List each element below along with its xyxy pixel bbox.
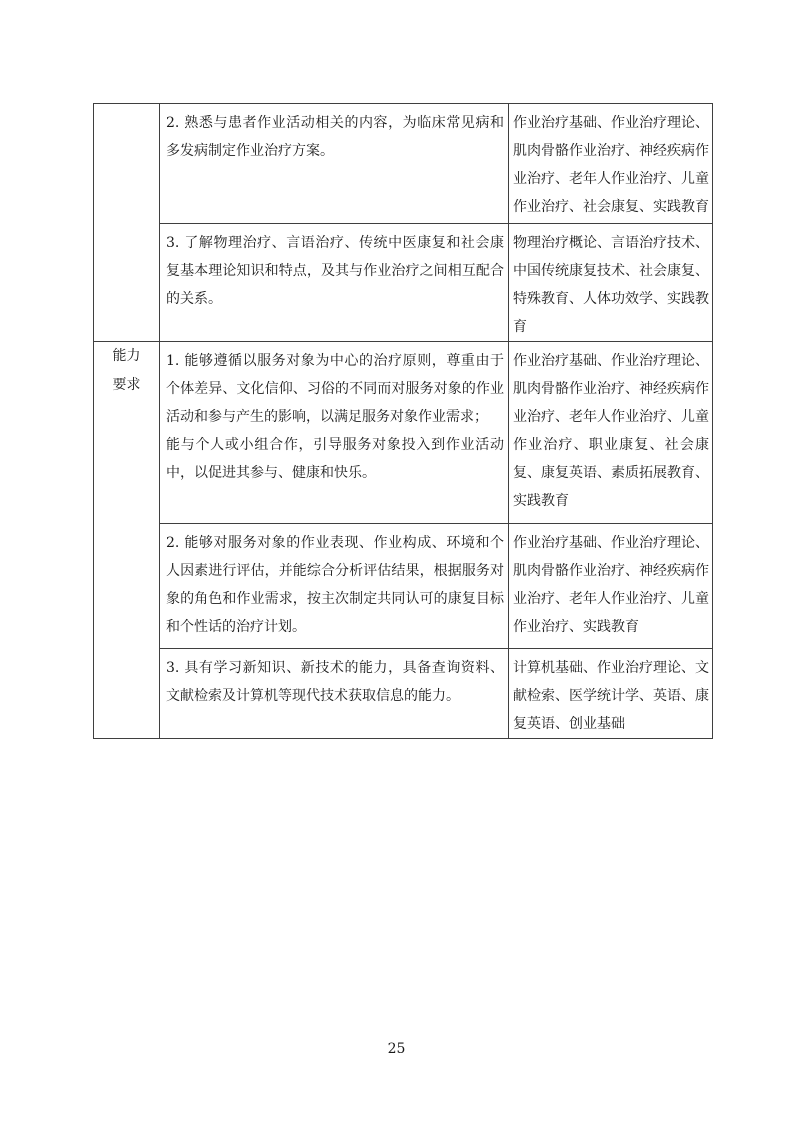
requirement-cell: 3. 了解物理治疗、言语治疗、传统中医康复和社会康复基本理论知识和特点，及其与作… (160, 224, 509, 342)
courses-cell: 计算机基础、作业治疗理论、文献检索、医学统计学、英语、康复英语、创业基础 (509, 649, 713, 739)
section-label-line: 要求 (94, 371, 159, 400)
table-row: 2. 熟悉与患者作业活动相关的内容，为临床常见病和多发病制定作业治疗方案。 作业… (94, 104, 713, 224)
requirement-text: 3. 具有学习新知识、新技术的能力，具备查询资料、文献检索及计算机等现代技术获取… (166, 654, 504, 710)
courses-cell: 作业治疗基础、作业治疗理论、肌肉骨骼作业治疗、神经疾病作业治疗、老年人作业治疗、… (509, 104, 713, 224)
requirement-cell: 2. 熟悉与患者作业活动相关的内容，为临床常见病和多发病制定作业治疗方案。 (160, 104, 509, 224)
courses-cell: 物理治疗概论、言语治疗技术、中国传统康复技术、社会康复、特殊教育、人体功效学、实… (509, 224, 713, 342)
table-row: 3. 了解物理治疗、言语治疗、传统中医康复和社会康复基本理论知识和特点，及其与作… (94, 224, 713, 342)
courses-text: 作业治疗基础、作业治疗理论、肌肉骨骼作业治疗、神经疾病作业治疗、老年人作业治疗、… (513, 529, 709, 641)
courses-text: 计算机基础、作业治疗理论、文献检索、医学统计学、英语、康复英语、创业基础 (513, 654, 709, 738)
courses-cell: 作业治疗基础、作业治疗理论、肌肉骨骼作业治疗、神经疾病作业治疗、老年人作业治疗、… (509, 342, 713, 524)
requirement-text: 1. 能够遵循以服务对象为中心的治疗原则，尊重由于个体差异、文化信仰、习俗的不同… (166, 347, 504, 431)
requirement-text: 2. 能够对服务对象的作业表现、作业构成、环境和个人因素进行评估，并能综合分析评… (166, 529, 504, 641)
courses-cell: 作业治疗基础、作业治疗理论、肌肉骨骼作业治疗、神经疾病作业治疗、老年人作业治疗、… (509, 524, 713, 649)
section-label-cell-ability: 能力 要求 (94, 342, 160, 739)
requirement-text: 能与个人或小组合作，引导服务对象投入到作业活动中，以促进其参与、健康和快乐。 (166, 431, 504, 487)
requirement-text: 2. 熟悉与患者作业活动相关的内容，为临床常见病和多发病制定作业治疗方案。 (166, 109, 504, 165)
requirement-text: 3. 了解物理治疗、言语治疗、传统中医康复和社会康复基本理论知识和特点，及其与作… (166, 229, 504, 313)
courses-text: 作业治疗基础、作业治疗理论、肌肉骨骼作业治疗、神经疾病作业治疗、老年人作业治疗、… (513, 109, 709, 221)
courses-text: 作业治疗基础、作业治疗理论、肌肉骨骼作业治疗、神经疾病作业治疗、老年人作业治疗、… (513, 347, 709, 515)
requirement-cell: 2. 能够对服务对象的作业表现、作业构成、环境和个人因素进行评估，并能综合分析评… (160, 524, 509, 649)
table-row: 2. 能够对服务对象的作业表现、作业构成、环境和个人因素进行评估，并能综合分析评… (94, 524, 713, 649)
table-row: 3. 具有学习新知识、新技术的能力，具备查询资料、文献检索及计算机等现代技术获取… (94, 649, 713, 739)
section-label-cell-empty (94, 104, 160, 342)
page-number: 25 (0, 1040, 793, 1058)
requirements-table: 2. 熟悉与患者作业活动相关的内容，为临床常见病和多发病制定作业治疗方案。 作业… (93, 103, 713, 739)
section-label-line: 能力 (94, 342, 159, 371)
requirement-cell: 3. 具有学习新知识、新技术的能力，具备查询资料、文献检索及计算机等现代技术获取… (160, 649, 509, 739)
requirement-cell: 1. 能够遵循以服务对象为中心的治疗原则，尊重由于个体差异、文化信仰、习俗的不同… (160, 342, 509, 524)
document-page: 2. 熟悉与患者作业活动相关的内容，为临床常见病和多发病制定作业治疗方案。 作业… (0, 0, 793, 1122)
table-row: 能力 要求 1. 能够遵循以服务对象为中心的治疗原则，尊重由于个体差异、文化信仰… (94, 342, 713, 524)
courses-text: 物理治疗概论、言语治疗技术、中国传统康复技术、社会康复、特殊教育、人体功效学、实… (513, 229, 709, 341)
